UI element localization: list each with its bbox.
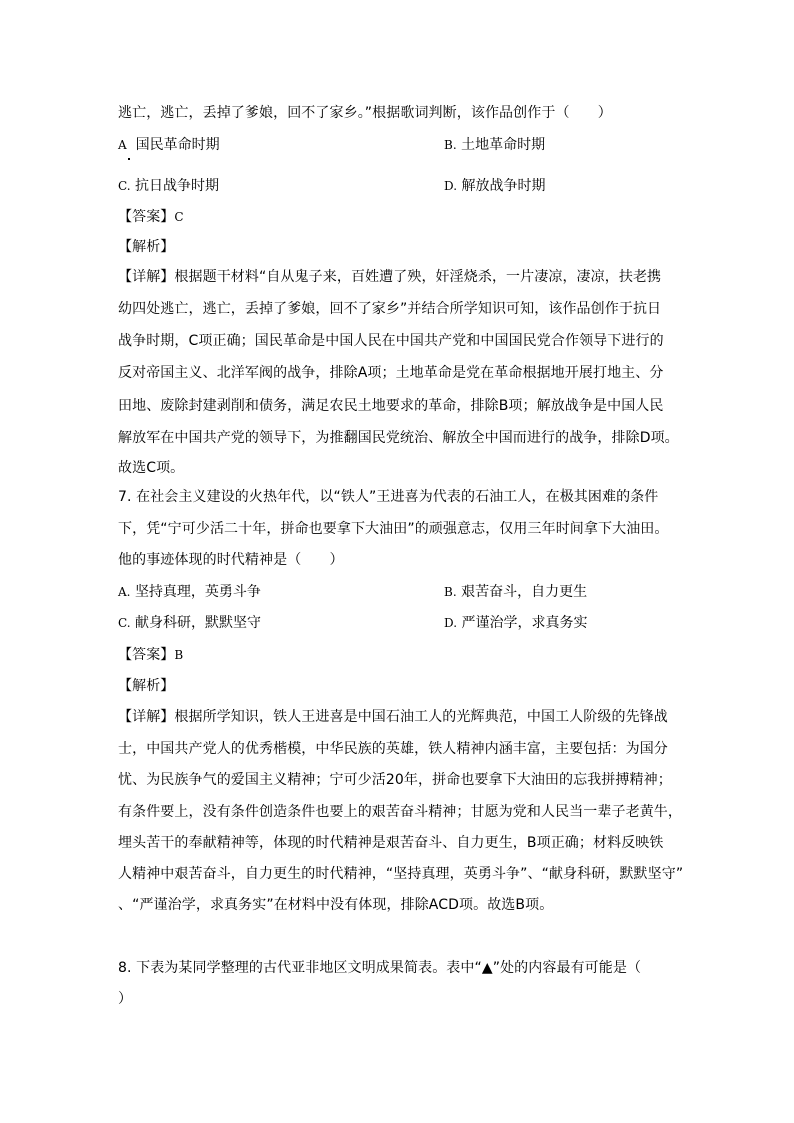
option-text: 献身科研，默默坚守	[135, 615, 261, 631]
answer-value: C	[174, 210, 183, 224]
q6-detail-line: 幼四处逃亡，逃亡，丢掉了爹娘，回不了家乡”并结合所学知识可知，该作品创作于抗日	[118, 300, 661, 318]
q6-option-a: A 国民革命时期	[118, 136, 220, 154]
q7-detail-line: 有条件要上，没有条件创造条件也要上的艰苦奋斗精神；甘愿为党和人民当一辈子老黄牛，	[118, 803, 682, 821]
q7-option-d: D. 严谨治学，求真务实	[444, 614, 587, 632]
q6-detail-line: 【详解】根据题干材料“自从鬼子来，百姓遭了殃，奸淫烧杀，一片凄凉，凄凉，扶老携	[118, 268, 661, 286]
q6-detail-line: 故选C项。	[118, 459, 184, 477]
q7-option-c: C. 献身科研，默默坚守	[118, 614, 261, 632]
q6-detail-line: 战争时期，C项正确；国民革命是中国人民在中国共产党和中国国民党合作领导下进行的	[118, 332, 664, 350]
q7-detail-line: 人精神中艰苦奋斗，自力更生的时代精神，“坚持真理，英勇斗争”、“献身科研，默默坚…	[118, 865, 683, 883]
document-page: 逃亡，逃亡，丢掉了爹娘，回不了家乡。”根据歌词判断，该作品创作于（ ） A 国民…	[0, 0, 794, 1123]
option-text: 艰苦奋斗，自力更生	[461, 584, 587, 600]
option-text: 坚持真理，英勇斗争	[135, 584, 261, 600]
option-text: 严谨治学，求真务实	[461, 615, 587, 631]
q8-stem-line: 8. 下表为某同学整理的古代亚非地区文明成果简表。表中“▲”处的内容最有可能是（	[118, 959, 641, 977]
q6-option-d: D. 解放战争时期	[444, 177, 545, 195]
q6-detail-line: 解放军在中国共产党的领导下，为推翻国民党统治、解放全中国而进行的战争，排除D项。	[118, 429, 679, 447]
q6-detail-line: 田地、废除封建剥削和债务，满足农民土地要求的革命，排除B项；解放战争是中国人民	[118, 397, 664, 415]
option-text: 解放战争时期	[461, 178, 545, 194]
option-text: 国民革命时期	[136, 137, 220, 153]
option-letter: C.	[118, 179, 131, 193]
q7-detail-line: 埋头苦干的奉献精神等，体现的时代精神是艰苦奋斗、自力更生，B项正确；材料反映铁	[118, 834, 664, 852]
q7-answer: 【答案】B	[118, 646, 183, 664]
q6-option-c: C. 抗日战争时期	[118, 177, 219, 195]
option-letter: C.	[118, 616, 131, 630]
option-text: 土地革命时期	[461, 137, 545, 153]
option-letter: A	[118, 138, 127, 152]
q7-detail-line: 、“严谨治学，求真务实”在材料中没有体现，排除ACD项。故选B项。	[118, 896, 553, 914]
q8-stem-line: ）	[118, 990, 132, 1008]
q6-stem-tail: 逃亡，逃亡，丢掉了爹娘，回不了家乡。”根据歌词判断，该作品创作于（ ）	[118, 104, 612, 122]
q6-option-b: B. 土地革命时期	[444, 136, 545, 154]
q7-stem-line: 7. 在社会主义建设的火热年代，以“铁人”王进喜为代表的石油工人，在极其困难的条…	[118, 488, 658, 506]
option-letter: D.	[444, 616, 457, 630]
stray-dot-mark	[128, 158, 130, 160]
q7-detail-line: 士，中国共产党人的优秀楷模，中华民族的英雄，铁人精神内涵丰富，主要包括：为国分	[118, 740, 668, 758]
q7-detail-line: 【详解】根据所学知识，铁人王进喜是中国石油工人的光辉典范，中国工人阶级的先锋战	[118, 708, 668, 726]
option-letter: B.	[444, 138, 457, 152]
q6-answer: 【答案】C	[118, 208, 184, 226]
option-letter: B.	[444, 585, 457, 599]
option-letter: D.	[444, 179, 457, 193]
q7-option-a: A. 坚持真理，英勇斗争	[118, 583, 261, 601]
answer-label: 【答案】	[118, 647, 174, 663]
q6-analysis-label: 【解析】	[118, 238, 174, 256]
q7-stem-line: 他的事迹体现的时代精神是（ ）	[118, 551, 344, 569]
q7-stem-line: 下，凭“宁可少活二十年，拼命也要拿下大油田”的顽强意志，仅用三年时间拿下大油田。	[118, 520, 669, 538]
option-text: 抗日战争时期	[135, 178, 219, 194]
q7-option-b: B. 艰苦奋斗，自力更生	[444, 583, 587, 601]
q7-analysis-label: 【解析】	[118, 677, 174, 695]
q7-detail-line: 忧、为民族争气的爱国主义精神；宁可少活20年，拼命也要拿下大油田的忘我拼搏精神；	[118, 771, 672, 789]
q6-detail-line: 反对帝国主义、北洋军阀的战争，排除A项；土地革命是党在革命根据地开展打地主、分	[118, 364, 663, 382]
answer-label: 【答案】	[118, 209, 174, 225]
option-letter: A.	[118, 585, 130, 599]
answer-value: B	[174, 648, 183, 662]
